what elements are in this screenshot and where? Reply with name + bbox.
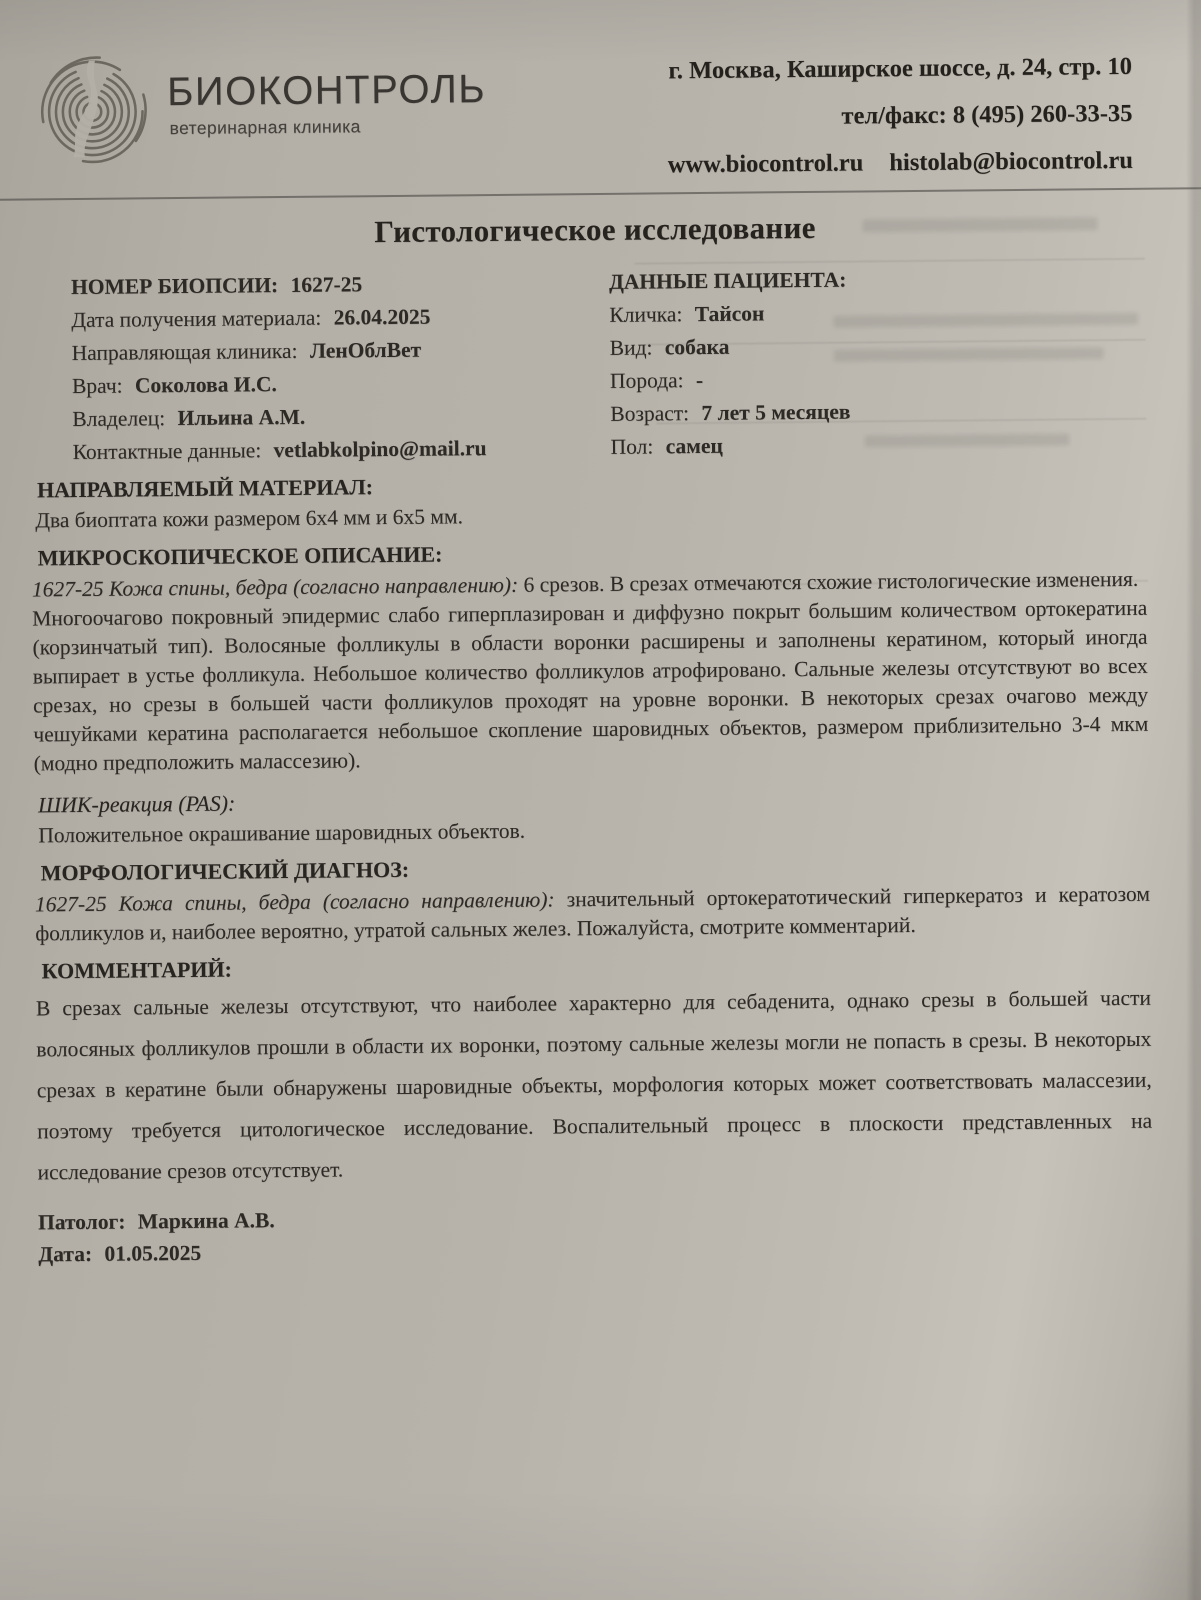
- micro-lead-rest: 6 срезов. В срезах отмечаются схожие гис…: [518, 567, 1138, 597]
- pathologist-name: Маркина А.В.: [138, 1208, 275, 1233]
- signature-block: Патолог: Маркина А.В. Дата: 01.05.2025: [38, 1196, 1154, 1271]
- micro-body: Многоочагово покровный эпидермис слабо г…: [32, 594, 1149, 779]
- material-text: Два биоптата кожи размером 6х4 мм и 6х5 …: [35, 497, 1146, 534]
- field-value: vetlabkolpino@mail.ru: [273, 436, 486, 462]
- field-value: Тайсон: [695, 301, 765, 326]
- clinic-address: г. Москва, Каширское шоссе, д. 24, стр. …: [667, 43, 1133, 94]
- field-label: Вид:: [610, 335, 653, 359]
- date-label: Дата:: [38, 1242, 92, 1267]
- clinic-name: БИОКОНТРОЛЬ: [167, 67, 486, 114]
- clinic-subtitle: ветеринарная клиника: [169, 115, 486, 139]
- comment-text: В срезах сальные железы отсутствуют, что…: [36, 978, 1153, 1194]
- field-value: Соколова И.С.: [135, 372, 277, 397]
- field-label: Пол:: [610, 434, 653, 458]
- pas-text: Положительное окрашивание шаровидных объ…: [38, 812, 1149, 849]
- biopsy-field-date: Дата получения материала: 26.04.2025: [71, 299, 601, 337]
- field-value: самец: [666, 434, 723, 459]
- diagnosis-lead-italic: 1627-25 Кожа спины, бедра (согласно напр…: [35, 887, 555, 916]
- clinic-website: www.biocontrol.ru: [668, 149, 864, 178]
- report-date: 01.05.2025: [104, 1241, 201, 1266]
- clinic-web-line: www.biocontrol.ruhistolab@biocontrol.ru: [668, 137, 1134, 188]
- field-value: 26.04.2025: [334, 305, 431, 330]
- micro-lead-italic: 1627-25 Кожа спины, бедра (согласно напр…: [32, 573, 518, 602]
- clinic-logo-icon: [33, 50, 152, 169]
- pathologist-label: Патолог:: [38, 1210, 126, 1235]
- biopsy-field-owner: Владелец: Ильина А.М.: [72, 398, 602, 436]
- field-value: ЛенОблВет: [310, 338, 421, 363]
- patient-field-species: Вид: собака: [610, 327, 1150, 365]
- report-body: НАПРАВЛЯЕМЫЙ МАТЕРИАЛ: Два биоптата кожи…: [31, 467, 1154, 1271]
- patient-field-age: Возраст: 7 лет 5 месяцев: [610, 393, 1150, 431]
- patient-heading: ДАННЫЕ ПАЦИЕНТА:: [609, 261, 1149, 299]
- field-label: Возраст:: [610, 401, 689, 426]
- field-label: Дата получения материала:: [71, 306, 321, 332]
- biopsy-field-clinic: Направляющая клиника: ЛенОблВет: [72, 332, 602, 370]
- patient-field-sex: Пол: самец: [610, 426, 1150, 464]
- field-label: Кличка:: [609, 302, 682, 327]
- clinic-email: histolab@biocontrol.ru: [889, 147, 1133, 176]
- field-label: Направляющая клиника:: [72, 339, 298, 365]
- field-label: Владелец:: [72, 406, 165, 431]
- patient-info: ДАННЫЕ ПАЦИЕНТА: Кличка: Тайсон Вид: соб…: [609, 261, 1151, 464]
- clinic-brand: БИОКОНТРОЛЬ ветеринарная клиника: [33, 47, 487, 169]
- field-label: Врач:: [72, 374, 123, 398]
- diagnosis-text: 1627-25 Кожа спины, бедра (согласно напр…: [35, 880, 1151, 949]
- histology-report: БИОКОНТРОЛЬ ветеринарная клиника г. Моск…: [0, 0, 1201, 1600]
- scanned-document-photo: БИОКОНТРОЛЬ ветеринарная клиника г. Моск…: [0, 0, 1201, 1600]
- clinic-contacts: г. Москва, Каширское шоссе, д. 24, стр. …: [667, 43, 1133, 188]
- page-title: Гистологическое исследование: [0, 206, 1196, 254]
- patient-field-name: Кличка: Тайсон: [609, 294, 1149, 332]
- biopsy-field-doctor: Врач: Соколова И.С.: [72, 365, 602, 403]
- biopsy-field-contacts: Контактные данные: vetlabkolpino@mail.ru: [72, 431, 602, 469]
- report-header: БИОКОНТРОЛЬ ветеринарная клиника г. Моск…: [33, 41, 1133, 195]
- biopsy-number-line: НОМЕР БИОПСИИ: 1627-25: [71, 266, 601, 304]
- field-value: -: [696, 368, 703, 392]
- field-value: собака: [665, 335, 730, 360]
- field-label: Порода:: [610, 368, 684, 393]
- patient-field-breed: Порода: -: [610, 360, 1150, 398]
- field-value: 7 лет 5 месяцев: [701, 400, 850, 425]
- clinic-phone: тел/факс: 8 (495) 260-33-35: [667, 90, 1133, 141]
- clinic-brand-text: БИОКОНТРОЛЬ ветеринарная клиника: [167, 67, 487, 139]
- biopsy-number-label: НОМЕР БИОПСИИ:: [71, 273, 278, 299]
- biopsy-info: НОМЕР БИОПСИИ: 1627-25 Дата получения ма…: [71, 266, 603, 469]
- field-label: Контактные данные:: [73, 438, 262, 464]
- biopsy-number: 1627-25: [290, 272, 362, 297]
- field-value: Ильина А.М.: [177, 405, 305, 430]
